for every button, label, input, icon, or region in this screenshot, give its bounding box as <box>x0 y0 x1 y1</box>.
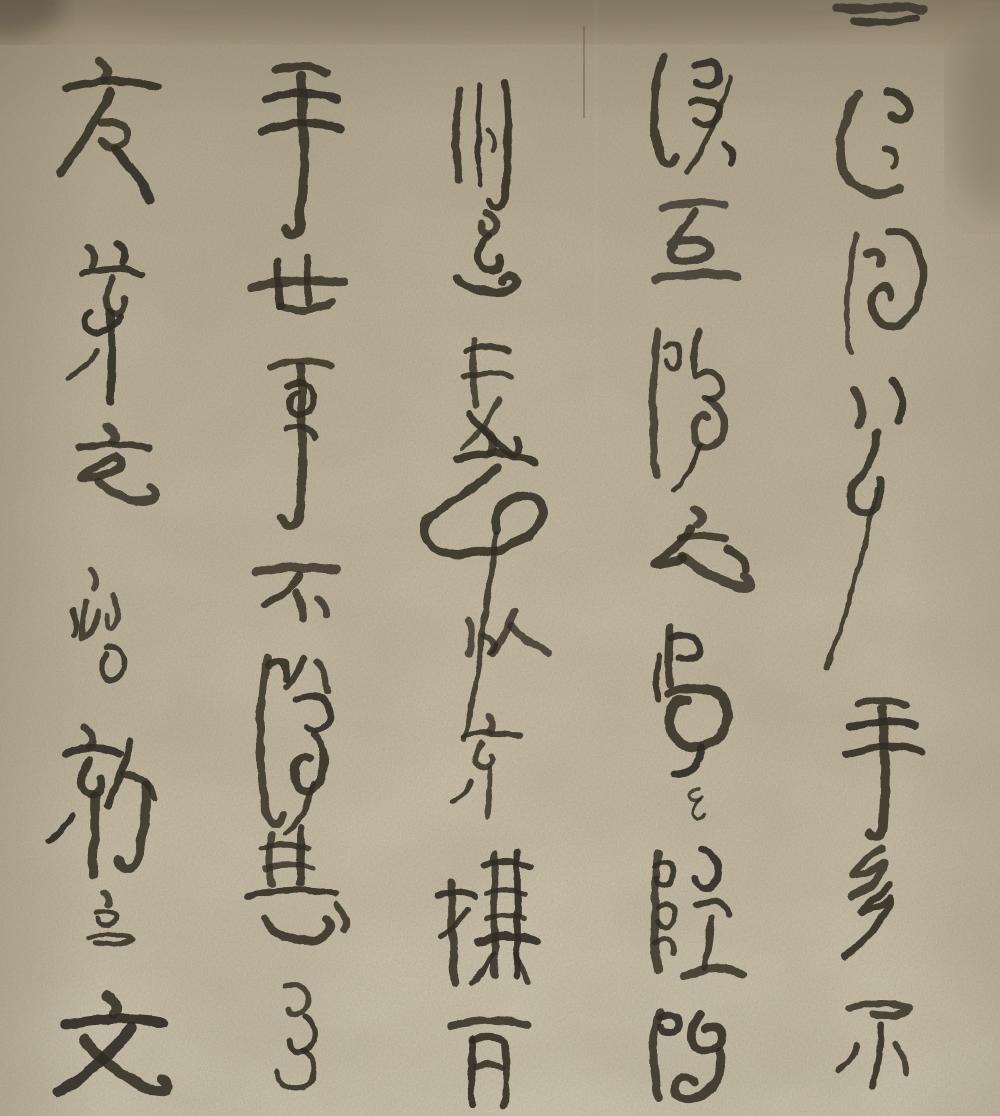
brush-stroke <box>257 567 337 572</box>
brush-stroke <box>836 6 923 10</box>
brush-stroke <box>656 655 659 701</box>
brush-stroke <box>478 936 537 941</box>
brush-stroke <box>680 536 725 540</box>
brush-stroke <box>475 1064 502 1067</box>
brush-stroke <box>471 1038 473 1105</box>
brush-stroke <box>65 1019 163 1025</box>
brush-stroke <box>478 85 481 185</box>
calligraphy-scroll-photo: 違同學少年多不 賤五陵衣馬自輕肥 聞道長安似弈棋百 年世事不勝悲王 侯第宅皆新主… <box>0 0 1000 1116</box>
brush-stroke <box>110 312 112 401</box>
brush-stroke <box>270 835 272 883</box>
brush-stroke <box>487 770 490 817</box>
brush-stroke <box>92 796 95 875</box>
brush-stroke <box>469 620 473 653</box>
brush-stroke <box>456 91 460 179</box>
brush-stroke <box>654 853 658 971</box>
brush-stroke <box>278 262 281 306</box>
brush-stroke <box>452 881 455 982</box>
brush-stroke <box>307 258 308 302</box>
calligraphy-canvas <box>0 0 1000 1116</box>
brush-stroke <box>661 202 725 207</box>
